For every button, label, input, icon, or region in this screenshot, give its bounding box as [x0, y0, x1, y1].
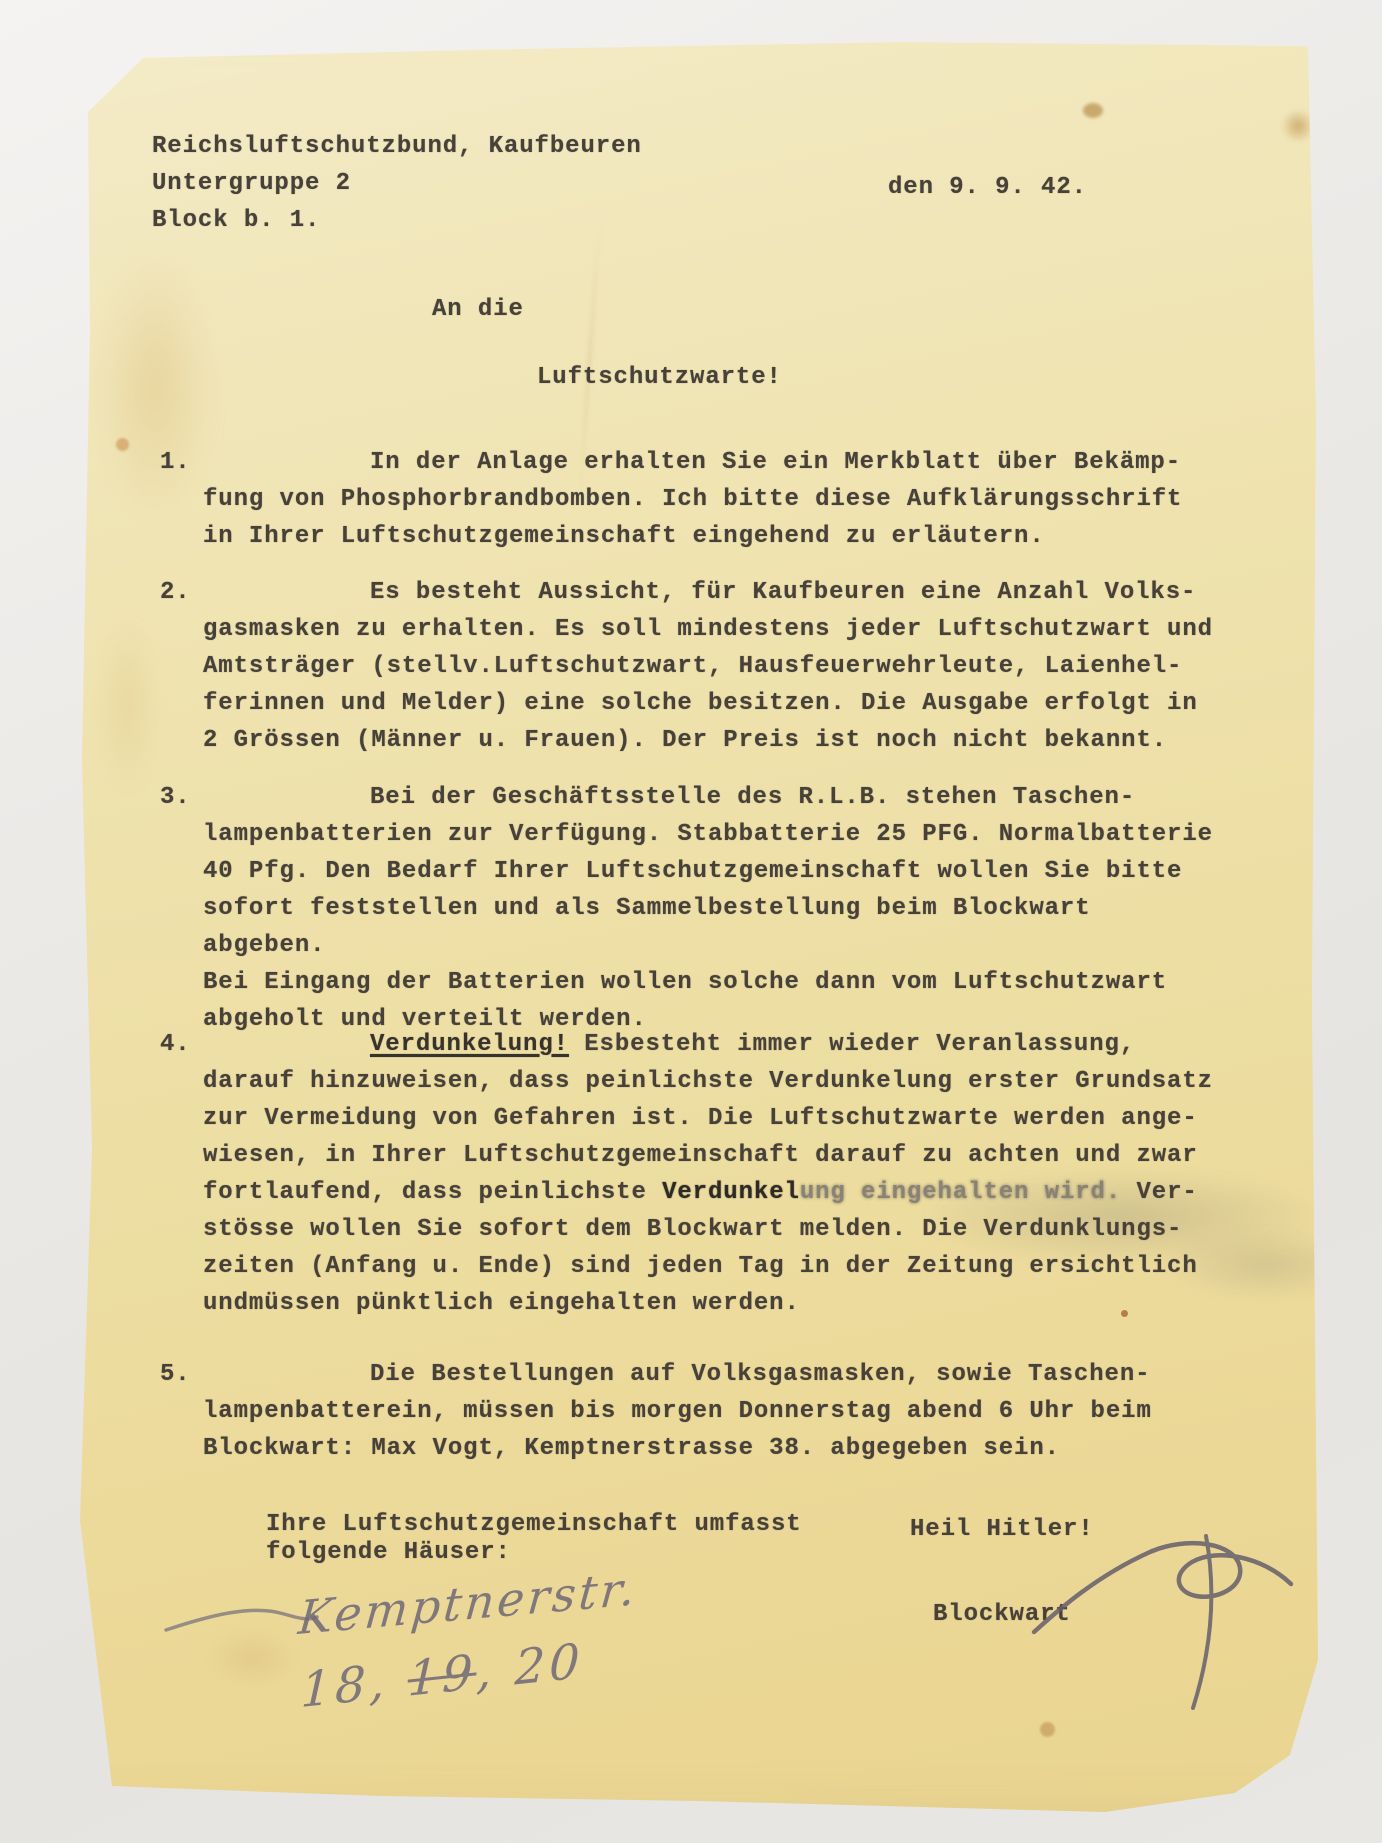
section-paragraph: In der Anlage erhalten Sie ein Merkblatt… — [203, 444, 1213, 555]
sender-address: Reichsluftschutzbund, Kaufbeuren Untergr… — [152, 128, 642, 239]
section-paragraph: Die Bestellungen auf Volksgasmasken, sow… — [203, 1356, 1213, 1467]
paper-stain — [205, 1630, 300, 1685]
scanned-letter-photo: Reichsluftschutzbund, Kaufbeuren Untergr… — [0, 0, 1382, 1843]
house-number: 18, — [300, 1651, 409, 1719]
section-paragraph: Bei der Geschäftsstelle des R.L.B. stehe… — [203, 779, 1213, 1038]
smudged-text: ung eingehalten wird. — [800, 1179, 1121, 1206]
paper-stain — [116, 438, 129, 451]
handwritten-street: Kemptnerstr. — [296, 1561, 640, 1645]
house-number: , 20 — [475, 1633, 584, 1701]
paper-stain — [1040, 1722, 1055, 1737]
letter-paper: Reichsluftschutzbund, Kaufbeuren Untergr… — [0, 0, 1382, 1843]
section-paragraph: Verdunkelung! Esbesteht immer wieder Ver… — [203, 1026, 1213, 1322]
section-paragraph: Es besteht Aussicht, für Kaufbeuren eine… — [203, 574, 1213, 759]
house-number-struck: 19 — [407, 1644, 478, 1708]
handwritten-house-numbers: 18, 19, 20 — [300, 1633, 585, 1719]
bold-ink-text: Verdunkel — [662, 1179, 800, 1206]
recipient-salutation: An die — [432, 291, 524, 328]
date-line: den 9. 9. 42. — [888, 169, 1087, 206]
closing-statement: Ihre Luftschutzgemeinschaft umfasst folg… — [266, 1511, 802, 1567]
underlined-keyword: Verdunkelung! — [370, 1031, 569, 1058]
paper-stain — [1083, 103, 1103, 118]
signer-role: Blockwart — [933, 1596, 1071, 1633]
paper-stain — [1280, 110, 1316, 142]
recipient-title: Luftschutzwarte! — [537, 359, 782, 396]
paper-stain — [100, 620, 155, 790]
closing-salute: Heil Hitler! — [910, 1511, 1094, 1548]
